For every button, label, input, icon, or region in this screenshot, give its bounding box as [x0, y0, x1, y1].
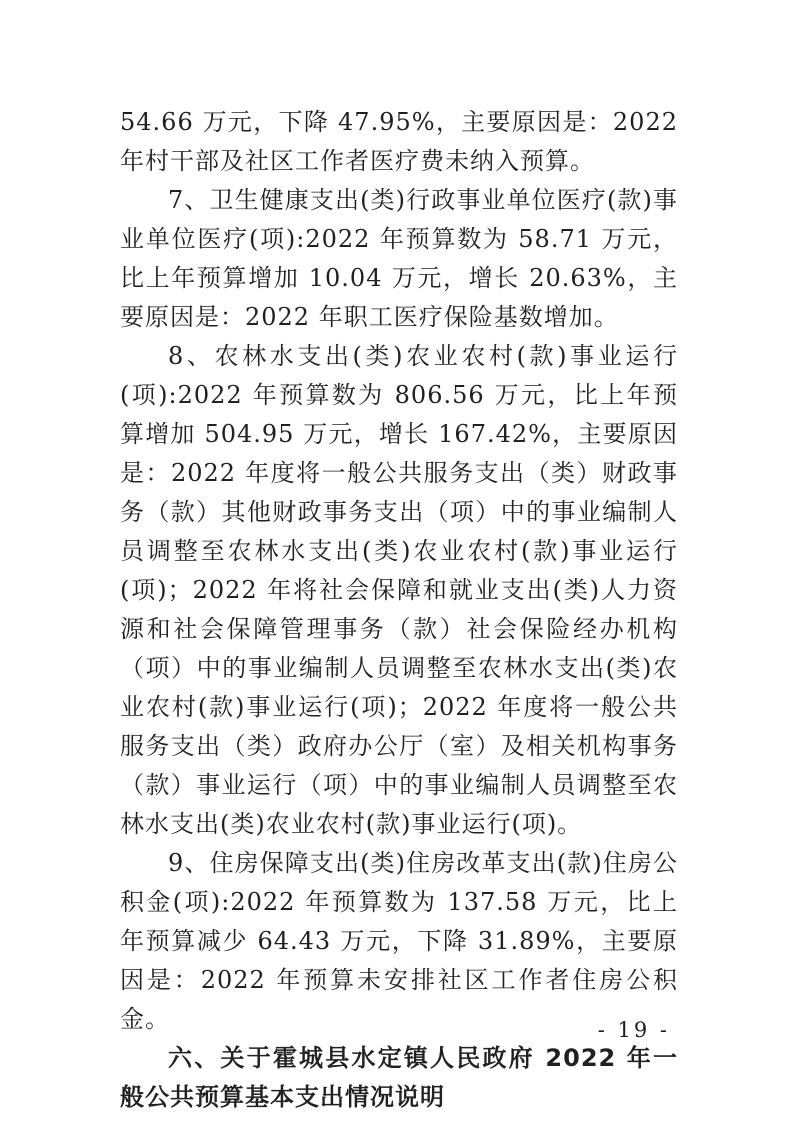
- paragraph-item-7: 7、卫生健康支出(类)行政事业单位医疗(款)事业单位医疗(项):2022 年预算…: [120, 181, 678, 337]
- paragraph-continuation: 54.66 万元，下降 47.95%，主要原因是：2022 年村干部及社区工作者…: [120, 103, 678, 181]
- document-page: 54.66 万元，下降 47.95%，主要原因是：2022 年村干部及社区工作者…: [0, 0, 793, 1122]
- section-heading: 六、关于霍城县水定镇人民政府 2022 年一般公共预算基本支出情况说明: [120, 1039, 678, 1117]
- paragraph-item-9: 9、住房保障支出(类)住房改革支出(款)住房公积金(项):2022 年预算数为 …: [120, 844, 678, 1039]
- paragraph-item-8: 8、农林水支出(类)农业农村(款)事业运行(项):2022 年预算数为 806.…: [120, 337, 678, 844]
- document-body: 54.66 万元，下降 47.95%，主要原因是：2022 年村干部及社区工作者…: [120, 103, 678, 1117]
- page-number: - 19 -: [598, 1018, 670, 1042]
